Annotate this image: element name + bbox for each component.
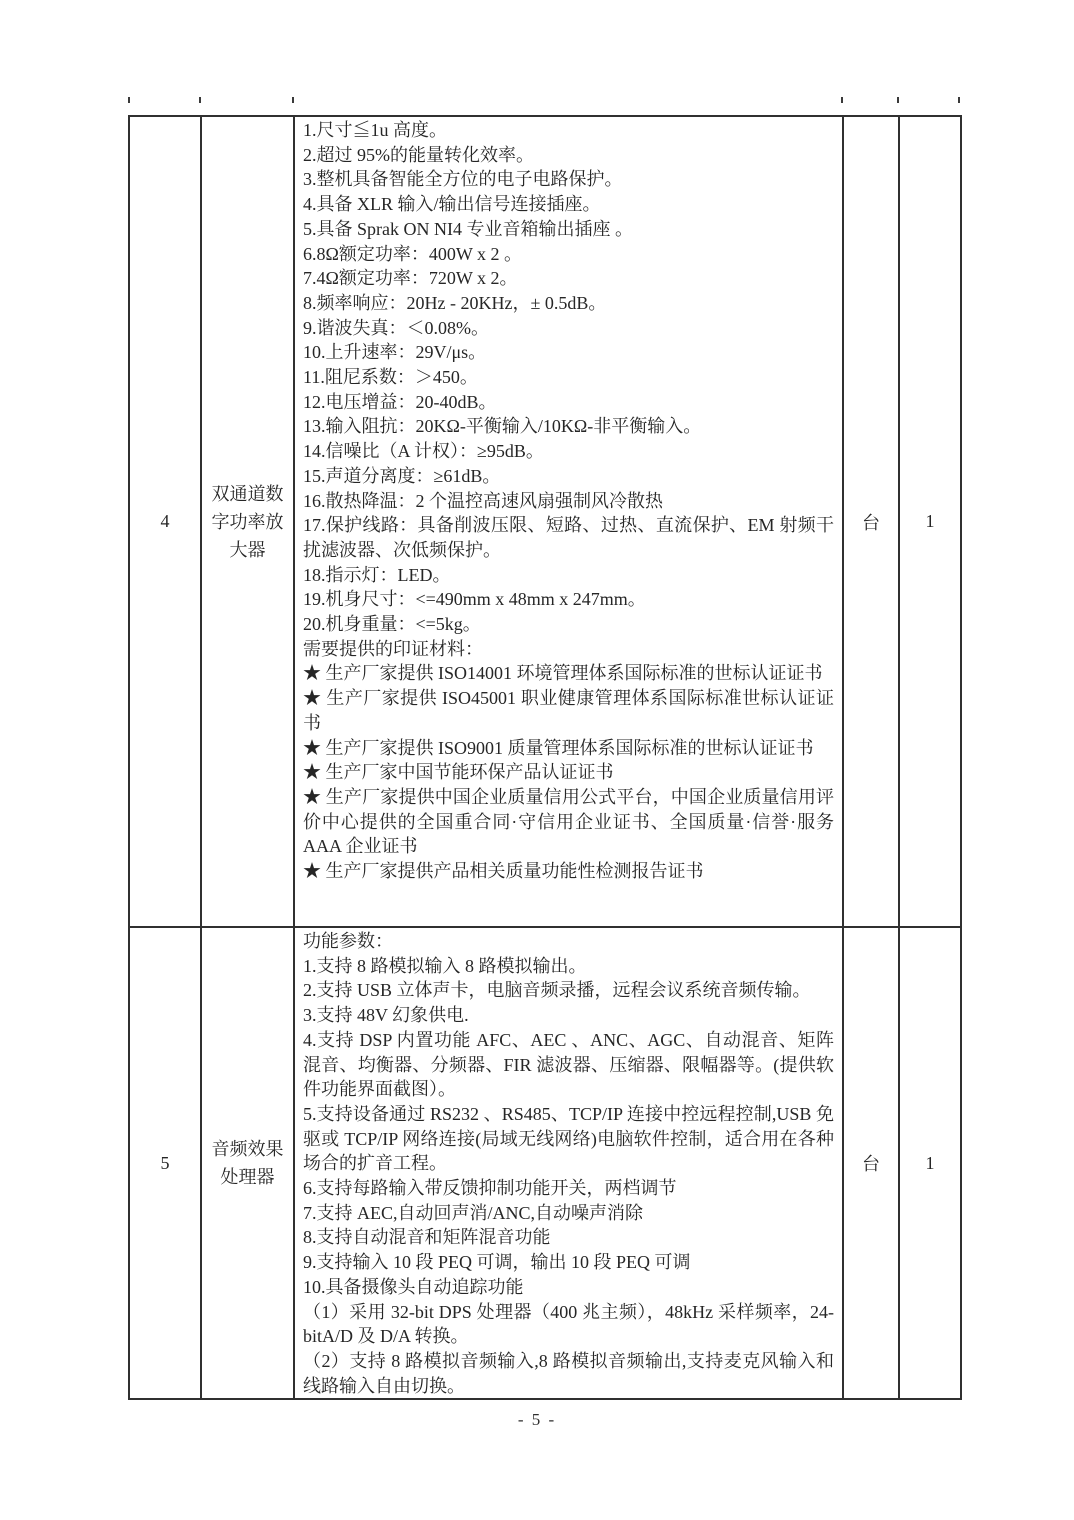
spec-paragraph: 功能参数： (303, 929, 834, 954)
equipment-spec-table: 4 双通道数字功率放大器 1.尺寸≦1u 高度。2.超过 95%的能量转化效率。… (128, 115, 962, 1400)
spec-paragraph: 2.超过 95%的能量转化效率。 (303, 143, 834, 168)
equipment-row: 4 双通道数字功率放大器 1.尺寸≦1u 高度。2.超过 95%的能量转化效率。… (129, 116, 961, 927)
spec-paragraph: 4.具备 XLR 输入/输出信号连接插座。 (303, 192, 834, 217)
spec-paragraph: （2）支持 8 路模拟音频输入,8 路模拟音频输出,支持麦克风输入和线路输入自由… (303, 1349, 834, 1398)
spec-paragraph: 15.声道分离度：≥61dB。 (303, 464, 834, 489)
spec-paragraph: 3.整机具备智能全方位的电子电路保护。 (303, 167, 834, 192)
spec-paragraph: 8.频率响应：20Hz - 20KHz，± 0.5dB。 (303, 291, 834, 316)
spec-paragraph: 19.机身尺寸：<=490mm x 48mm x 247mm。 (303, 587, 834, 612)
spec-paragraph: 6.支持每路输入带反馈抑制功能开关，两档调节 (303, 1176, 834, 1201)
spec-paragraph: 6.8Ω额定功率：400W x 2 。 (303, 242, 834, 267)
spec-paragraph: 9.支持输入 10 段 PEQ 可调，输出 10 段 PEQ 可调 (303, 1250, 834, 1275)
spec-paragraph: （1）采用 32-bit DPS 处理器（400 兆主频），48kHz 采样频率… (303, 1300, 834, 1349)
spec-paragraph: ★ 生产厂家提供 ISO45001 职业健康管理体系国际标准世标认证证书 (303, 686, 834, 735)
spec-paragraph: 10.上升速率：29V/μs。 (303, 340, 834, 365)
spec-paragraph: ★ 生产厂家中国节能环保产品认证证书 (303, 760, 834, 785)
spec-paragraph: 7.4Ω额定功率：720W x 2。 (303, 266, 834, 291)
item-name-cell: 音频效果处理器 (201, 927, 294, 1399)
row-number-cell: 5 (129, 927, 201, 1399)
specs-cell: 功能参数：1.支持 8 路模拟输入 8 路模拟输出。2.支持 USB 立体声卡，… (294, 927, 843, 1399)
spec-paragraph: 2.支持 USB 立体声卡，电脑音频录播，远程会议系统音频传输。 (303, 978, 834, 1003)
spec-paragraph: 20.机身重量：<=5kg。 (303, 612, 834, 637)
spec-paragraph: 12.电压增益：20-40dB。 (303, 390, 834, 415)
spec-paragraph: ★ 生产厂家提供 ISO14001 环境管理体系国际标准的世标认证证书 (303, 661, 834, 686)
specs-cell: 1.尺寸≦1u 高度。2.超过 95%的能量转化效率。3.整机具备智能全方位的电… (294, 116, 843, 927)
spec-paragraph: 5.支持设备通过 RS232 、RS485、TCP/IP 连接中控远程控制,US… (303, 1102, 834, 1176)
spec-paragraph: 18.指示灯：LED。 (303, 563, 834, 588)
row-number-cell: 4 (129, 116, 201, 927)
spec-paragraph: 16.散热降温：2 个温控高速风扇强制风冷散热 (303, 489, 834, 514)
spec-paragraph: ★ 生产厂家提供产品相关质量功能性检测报告证书 (303, 859, 834, 884)
spec-paragraph: 7.支持 AEC,自动回声消/ANC,自动噪声消除 (303, 1201, 834, 1226)
spec-paragraph: 10.具备摄像头自动追踪功能 (303, 1275, 834, 1300)
spec-paragraph: 4.支持 DSP 内置功能 AFC、AEC 、ANC、AGC、自动混音、矩阵混音… (303, 1028, 834, 1102)
spec-paragraph: 1.尺寸≦1u 高度。 (303, 118, 834, 143)
spec-paragraph: 5.具备 Sprak ON NI4 专业音箱输出插座 。 (303, 217, 834, 242)
unit-cell: 台 (843, 116, 899, 927)
equipment-row: 5 音频效果处理器 功能参数：1.支持 8 路模拟输入 8 路模拟输出。2.支持… (129, 927, 961, 1399)
spec-paragraph: 13.输入阻抗：20KΩ-平衡输入/10KΩ-非平衡输入。 (303, 414, 834, 439)
spec-paragraph: 11.阻尼系数：＞450。 (303, 365, 834, 390)
spec-paragraph: 17.保护线路：具备削波压限、短路、过热、直流保护、EM 射频干扰滤波器、次低频… (303, 513, 834, 562)
quantity-cell: 1 (899, 927, 961, 1399)
unit-cell: 台 (843, 927, 899, 1399)
spec-paragraph: 1.支持 8 路模拟输入 8 路模拟输出。 (303, 954, 834, 979)
item-name-cell: 双通道数字功率放大器 (201, 116, 294, 927)
spec-paragraph: 8.支持自动混音和矩阵混音功能 (303, 1225, 834, 1250)
spec-paragraph: 3.支持 48V 幻象供电. (303, 1003, 834, 1028)
document-page: 4 双通道数字功率放大器 1.尺寸≦1u 高度。2.超过 95%的能量转化效率。… (0, 0, 1074, 1520)
spec-paragraph: ★ 生产厂家提供中国企业质量信用公式平台，中国企业质量信用评价中心提供的全国重合… (303, 785, 834, 859)
spec-paragraph: ★ 生产厂家提供 ISO9001 质量管理体系国际标准的世标认证证书 (303, 736, 834, 761)
spec-paragraph: 9.谐波失真：＜0.08%。 (303, 316, 834, 341)
spec-paragraph: 14.信噪比（A 计权）：≥95dB。 (303, 439, 834, 464)
page-number: - 5 - (0, 1408, 1074, 1432)
quantity-cell: 1 (899, 116, 961, 927)
spec-paragraph: 需要提供的印证材料： (303, 637, 834, 662)
